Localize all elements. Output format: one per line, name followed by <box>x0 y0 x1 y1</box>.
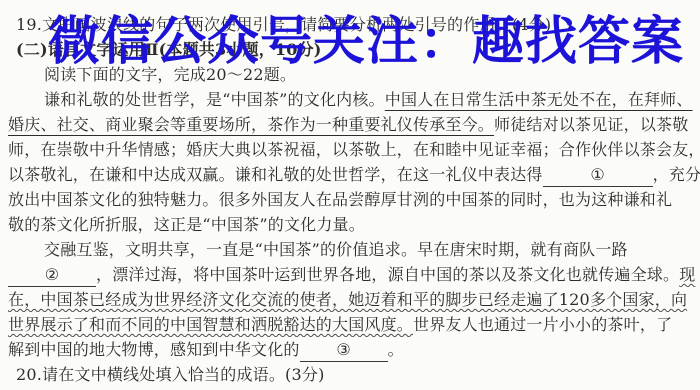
fill-in-blank: ① <box>543 164 653 187</box>
exam-page: 19.文中画波浪线的句子两次使用引号，请简要分析两处引号的作用。(4分)(二)语… <box>0 0 700 390</box>
text-segment: ，漂洋过海，将中国茶叶运到世界各地，源自中国的茶以及茶文化也就传遍全球。 <box>96 265 679 284</box>
para1-line1: 谦和礼敬的处世哲学，是“中国茶”的文化内核。中国人在日常生活中茶无处不在，在拜师… <box>0 87 700 112</box>
text-segment: 世界展示了和而不同的中国智慧和洒脱豁达的大国风度。 <box>8 315 413 334</box>
text-segment: 中国人在日常生活中茶无处不在，在拜师、 <box>385 90 693 109</box>
text-segment: ，充分释 <box>653 165 700 184</box>
text-segment: 师，在崇敬中升华情感；婚庆大典以茶祝福，以茶敬上，在和睦中见证幸福；合作伙伴以茶… <box>8 140 700 159</box>
text-segment: 在，中国茶已经成为世界经济文化交流的使者，她迈着和平的脚步已经走遍了120多个国… <box>8 290 687 309</box>
para1-line3: 师，在崇敬中升华情感；婚庆大典以茶祝福，以茶敬上，在和睦中见证幸福；合作伙伴以茶… <box>0 137 700 162</box>
text-segment: 婚庆、社交、商业聚会等重要场所，茶作为一种重要礼仪传承至今。 <box>8 115 494 134</box>
para1-line5: 放出中国茶文化的独特魅力。很多外国友人在品尝醇厚甘洌的中国茶的同时，也为这种谦和… <box>0 187 700 212</box>
para2-line3: 在，中国茶已经成为世界经济文化交流的使者，她迈着和平的脚步已经走遍了120多个国… <box>0 287 700 312</box>
text-segment: 解到中国的地大物博，感知到中华文化的 <box>8 340 300 359</box>
para1-line2: 婚庆、社交、商业聚会等重要场所，茶作为一种重要礼仪传承至今。师徒结对以茶见证，以… <box>0 112 700 137</box>
fill-in-blank: ③ <box>300 339 388 362</box>
text-segment: 20.请在文中横线处填入恰当的成语。(3分) <box>16 365 325 384</box>
text-segment: 师徒结对以茶见证，以茶敬 <box>494 115 688 134</box>
text-segment: 现 <box>679 265 695 284</box>
para1-line6: 敬的茶文化所折服，这正是“中国茶”的文化力量。 <box>0 212 700 237</box>
para2-line1: 交融互鉴，文明共享，一直是“中国茶”的价值追求。早在唐宋时期，就有商队一路 <box>0 237 700 262</box>
watermark-banner: 微信公众号关注：趣找答案 <box>48 14 684 71</box>
question-20: 20.请在文中横线处填入恰当的成语。(3分) <box>0 362 700 387</box>
text-segment: 以茶敬礼，在谦和中达成双赢。谦和礼敬的处世哲学，在这一礼仪中表达得 <box>8 165 543 184</box>
para2-line2: ②，漂洋过海，将中国茶叶运到世界各地，源自中国的茶以及茶文化也就传遍全球。现 <box>0 262 700 287</box>
para2-line5: 解到中国的地大物博，感知到中华文化的③。 <box>0 337 700 362</box>
text-segment: 世界友人也通过一片小小的茶叶，了 <box>413 315 672 334</box>
text-segment: 。 <box>388 340 404 359</box>
text-segment: 谦和礼敬的处世哲学，是“中国茶”的文化内核。 <box>44 90 385 109</box>
text-segment: 交融互鉴，文明共享，一直是“中国茶”的价值追求。早在唐宋时期，就有商队一路 <box>44 240 628 259</box>
para2-line4: 世界展示了和而不同的中国智慧和洒脱豁达的大国风度。世界友人也通过一片小小的茶叶，… <box>0 312 700 337</box>
fill-in-blank: ② <box>8 264 96 287</box>
text-segment: 放出中国茶文化的独特魅力。很多外国友人在品尝醇厚甘洌的中国茶的同时，也为这种谦和… <box>8 190 672 209</box>
para1-line4: 以茶敬礼，在谦和中达成双赢。谦和礼敬的处世哲学，在这一礼仪中表达得①，充分释 <box>0 162 700 187</box>
text-segment: 敬的茶文化所折服，这正是“中国茶”的文化力量。 <box>8 215 365 234</box>
